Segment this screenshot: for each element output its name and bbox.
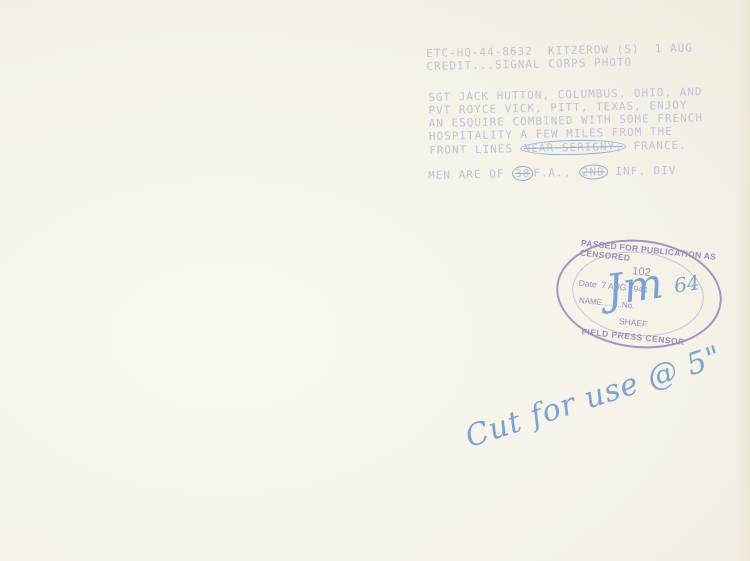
units-mid: F.A., — [533, 166, 579, 180]
censor-number: 64 — [672, 270, 701, 297]
stamp-date-label: Date — [578, 278, 597, 290]
front-lines-prefix: FRONT LINES — [429, 142, 521, 157]
paper-edge — [736, 0, 750, 561]
censor-initials: Jm — [603, 258, 666, 314]
front-lines-suffix: FRANCE. — [626, 139, 687, 153]
units-suffix: INF. DIV — [608, 164, 677, 178]
units-prefix: MEN ARE OF — [428, 167, 512, 182]
circled-unit-2: 2ND — [579, 164, 608, 180]
struck-location: NEAR SERIGNY, — [521, 139, 626, 156]
circled-unit-1: 38 — [512, 166, 534, 181]
caption-body: SGT JACK HUTTON, COLUMBUS, OHIO, AND PVT… — [428, 85, 704, 158]
